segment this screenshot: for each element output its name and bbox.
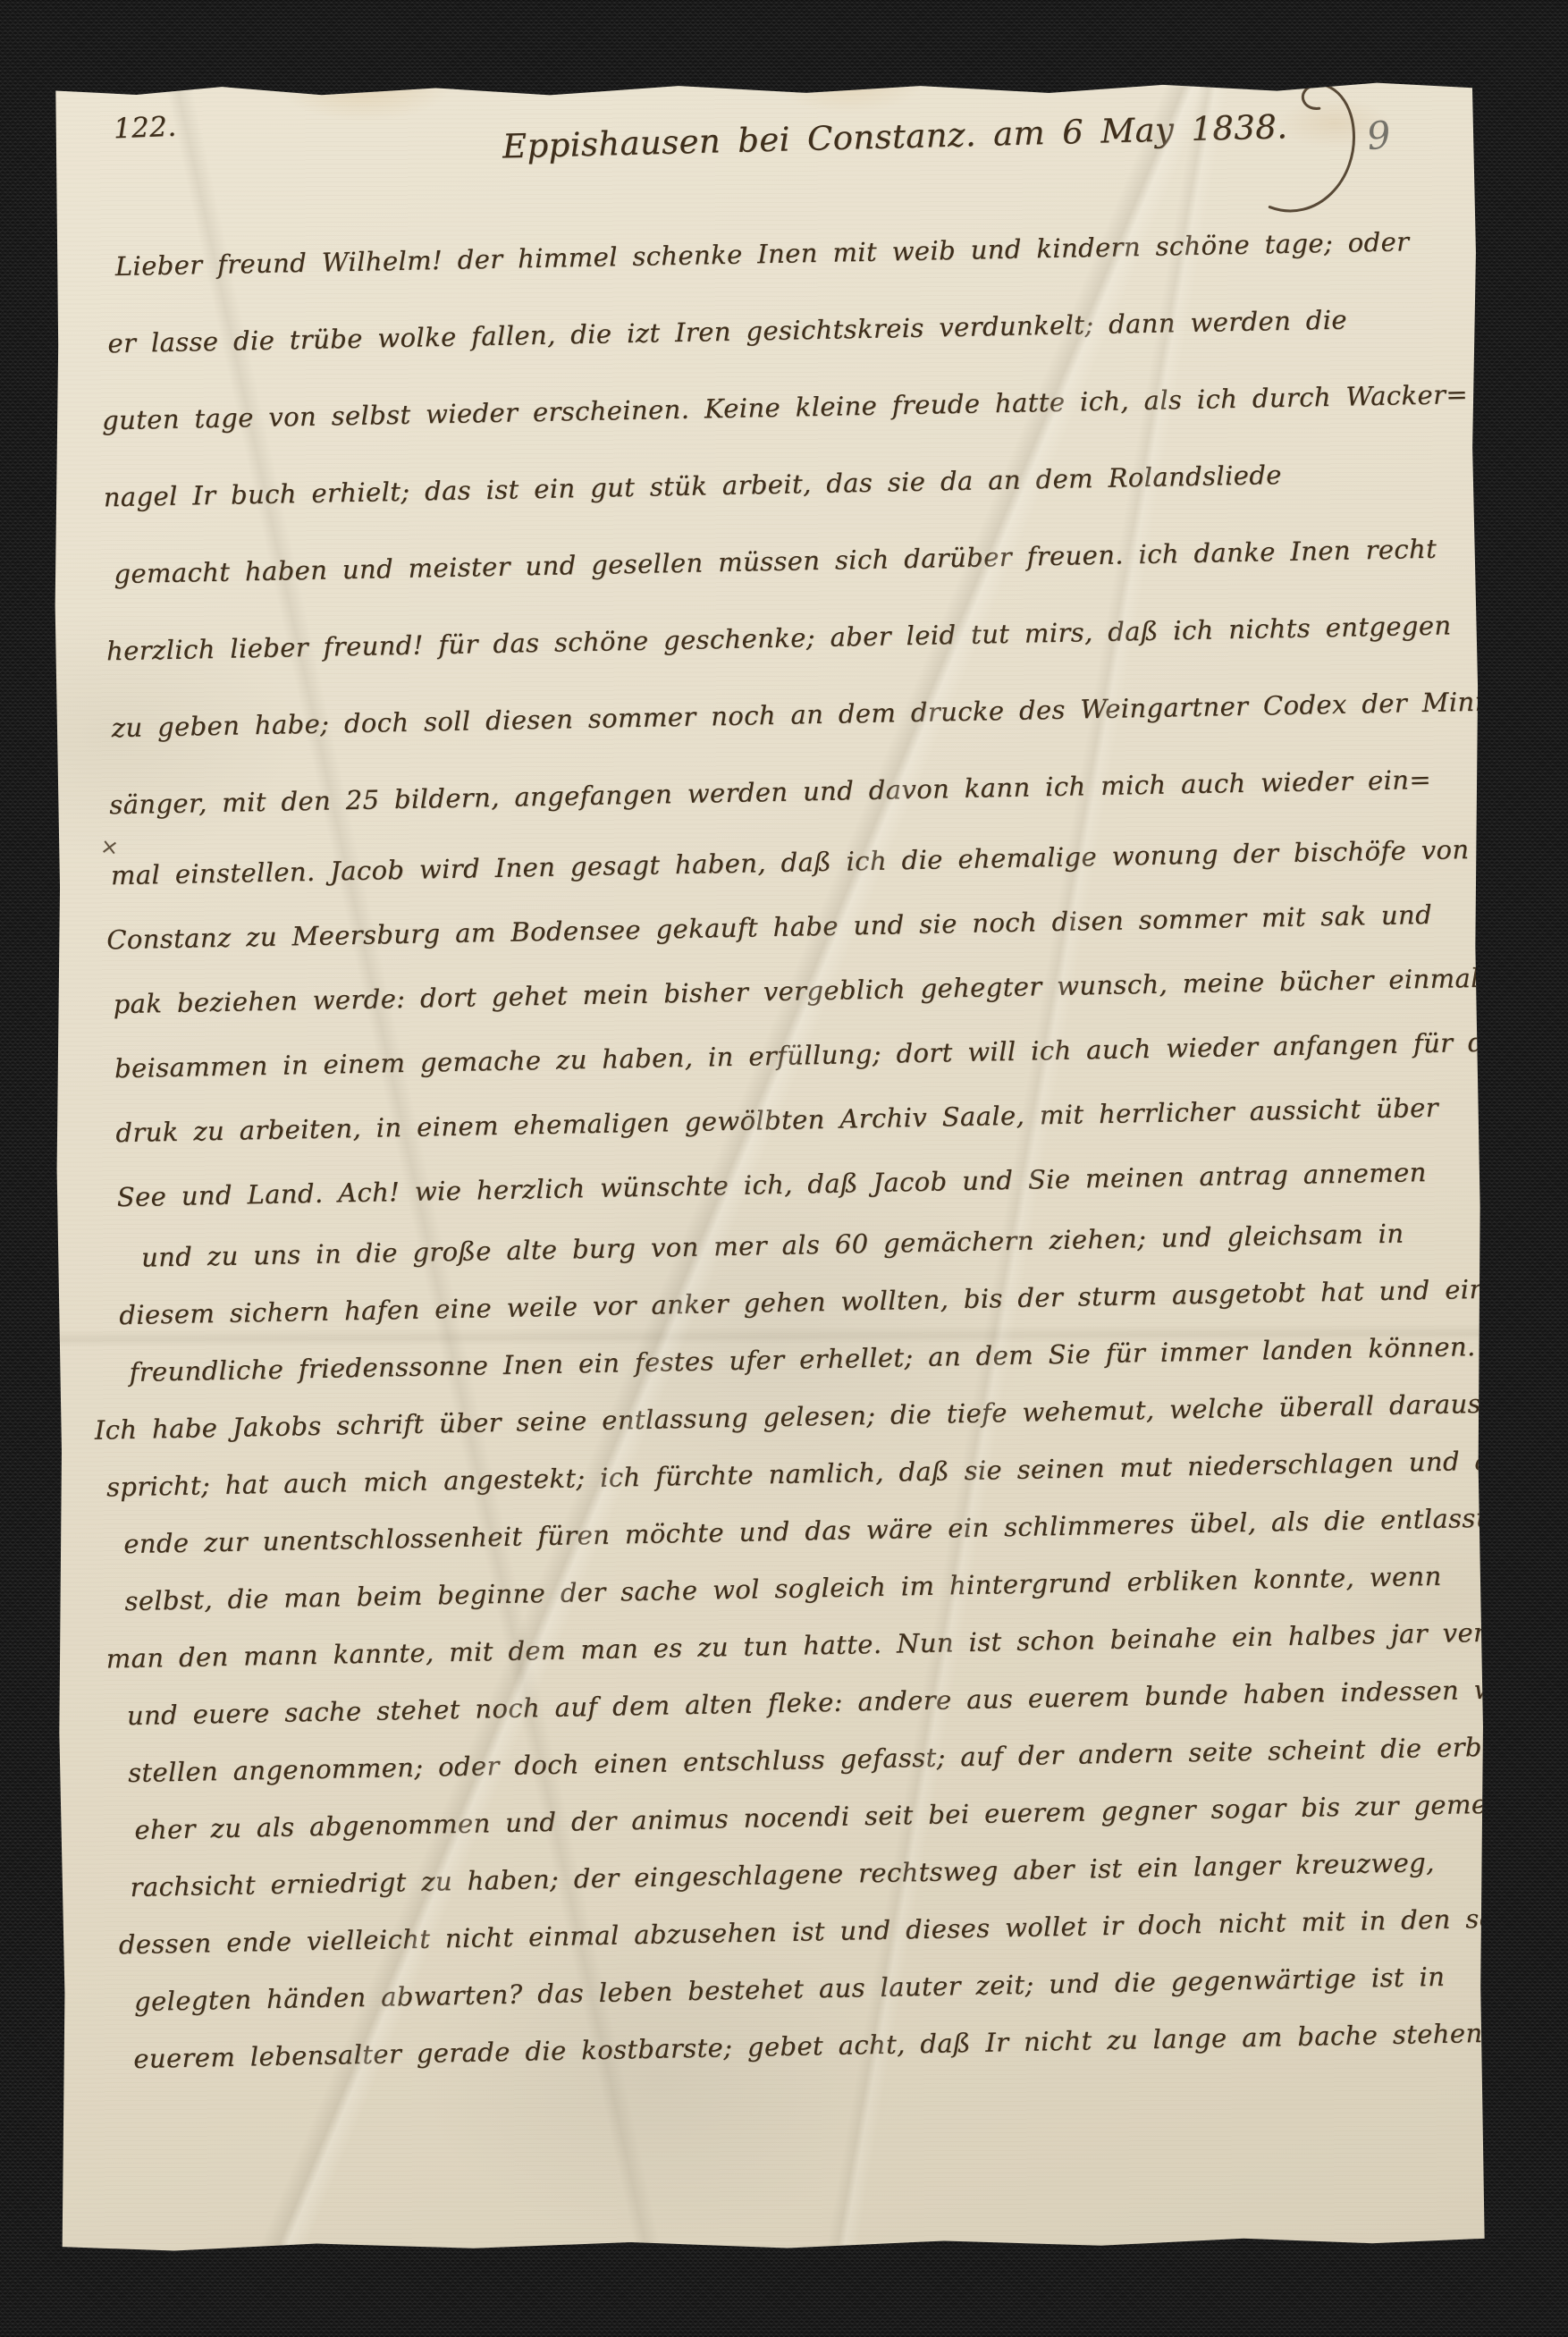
letter-body: Lieber freund Wilhelm! der himmel schenk… [98,203,1448,2088]
folio-number-pencil: 9 [1364,113,1393,159]
letter-dateline: Eppishausen bei Constanz. am 6 May 1838. [502,107,1288,165]
letter-page: 122. Eppishausen bei Constanz. am 6 May … [51,80,1487,2254]
collection-number: 122. [113,111,177,146]
letter-photograph: 122. Eppishausen bei Constanz. am 6 May … [0,0,1568,2337]
